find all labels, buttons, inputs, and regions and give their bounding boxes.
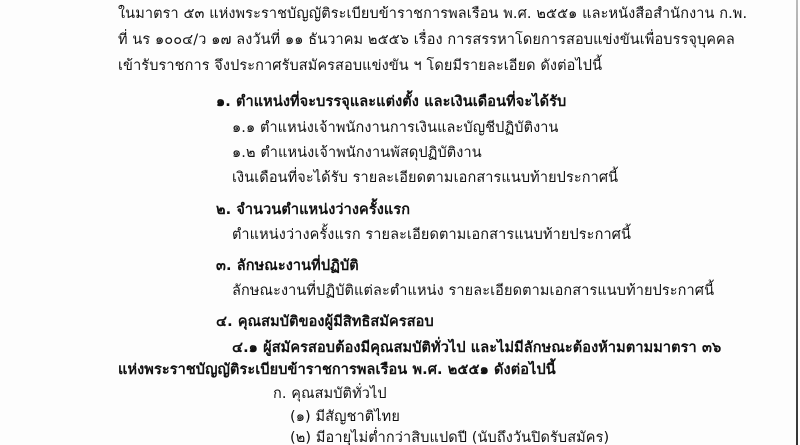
- page-edge-divider: [796, 0, 798, 445]
- intro-line-2: ที่ นร ๑๐๐๔/ว ๑๗ ลงวันที่ ๑๑ ธันวาคม ๒๕๕…: [118, 30, 735, 50]
- intro-line-1: ในมาตรา ๕๓ แห่งพระราชบัญญัติระเบียบข้ารา…: [118, 4, 747, 24]
- section-2-heading: ๒. จำนวนตำแหน่งว่างครั้งแรก: [216, 200, 410, 220]
- general-qualification-item-2: (๒) มีอายุไม่ต่ำกว่าสิบแปดปี (นับถึงวันป…: [290, 428, 609, 445]
- intro-line-3: เข้ารับราชการ จึงประกาศรับสมัครสอบแข่งขั…: [118, 56, 602, 76]
- section-2-note: ตำแหน่งว่างครั้งแรก รายละเอียดตามเอกสารแ…: [232, 225, 631, 245]
- general-qualifications-heading: ก. คุณสมบัติทั่วไป: [273, 384, 387, 404]
- document-page: ในมาตรา ๕๓ แห่งพระราชบัญญัติระเบียบข้ารา…: [0, 0, 800, 445]
- section-3-note: ลักษณะงานที่ปฏิบัติแต่ละตำแหน่ง รายละเอี…: [232, 281, 714, 301]
- section-4-heading: ๔. คุณสมบัติของผู้มีสิทธิสมัครสอบ: [216, 312, 434, 332]
- section-1-item-2: ๑.๒ ตำแหน่งเจ้าพนักงานพัสดุปฏิบัติงาน: [232, 143, 482, 163]
- section-1-note: เงินเดือนที่จะได้รับ รายละเอียดตามเอกสาร…: [232, 168, 618, 188]
- section-1-item-1: ๑.๑ ตำแหน่งเจ้าพนักงานการเงินและบัญชีปฏิ…: [232, 118, 559, 138]
- section-3-heading: ๓. ลักษณะงานที่ปฏิบัติ: [216, 256, 359, 276]
- section-1-heading: ๑. ตำแหน่งที่จะบรรจุและแต่งตั้ง และเงินเ…: [216, 92, 566, 112]
- section-4-1-line-2: แห่งพระราชบัญญัติระเบียบข้าราชการพลเรือน…: [118, 360, 556, 380]
- section-4-1-line-1: ๔.๑ ผู้สมัครสอบต้องมีคุณสมบัติทั่วไป และ…: [232, 338, 721, 358]
- general-qualification-item-1: (๑) มีสัญชาติไทย: [290, 407, 400, 427]
